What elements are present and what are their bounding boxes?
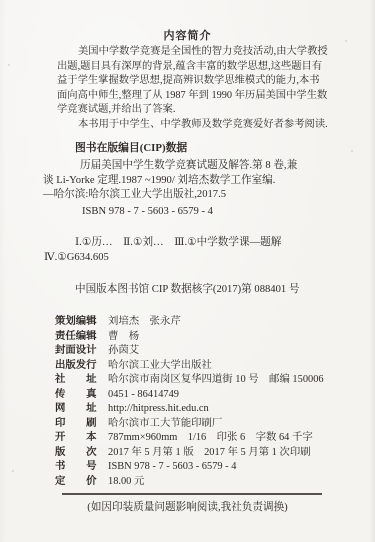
scan-noise-dot (8, 64, 10, 66)
cip-entry-line: —哈尔滨:哈尔滨工业大学出版社,2017.5 (43, 188, 343, 203)
classification-line: Ⅳ.①G634.605 (44, 251, 344, 266)
colophon-value: 哈尔滨市南岗区复华四道街 10 号 邮编 150006 (108, 373, 324, 388)
colophon-value: 2017 年 5 月第 1 版 2017 年 5 月第 1 次印刷 (108, 446, 311, 461)
colophon-row: 出版发行 哈尔滨工业大学出版社 (55, 359, 355, 374)
colophon-value: 哈尔滨工业大学出版社 (108, 359, 212, 374)
colophon-row: 版 次 2017 年 5 月第 1 版 2017 年 5 月第 1 次印刷 (55, 446, 355, 461)
scan-noise-dot (12, 470, 14, 472)
intro-line: 本书用于中学生、中学教师及数学竞赛爱好者参考阅读. (57, 118, 347, 133)
colophon-label: 定 价 (55, 475, 108, 490)
intro-line: 美国中学数学竞赛是全国性的智力竞技活动,由大学教授 (57, 45, 347, 60)
scan-noise-dot (351, 150, 353, 152)
intro-line: 出题,题目具有深厚的背景,蕴含丰富的数学思想,这些题目有 (57, 60, 347, 75)
colophon-label: 传 真 (55, 388, 108, 403)
cip-heading: 图书在版编目(CIP)数据 (75, 141, 187, 155)
colophon-label: 出版发行 (55, 359, 108, 374)
cip-classification: Ⅰ.①历… Ⅱ.①刘… Ⅲ.①中学数学课—题解 Ⅳ.①G634.605 (44, 236, 344, 265)
intro-paragraph: 美国中学数学竞赛是全国性的智力竞技活动,由大学教授 出题,题目具有深厚的背景,蕴… (57, 45, 347, 132)
colophon-row: 印 刷 哈尔滨市工大节能印刷厂 (55, 417, 355, 432)
intro-line: 面向高中师生,整理了从 1987 年到 1990 年历届美国中学生数 (57, 89, 347, 104)
colophon-label: 网 址 (55, 402, 108, 417)
intro-line: 学竞赛试题,并给出了答案. (57, 103, 347, 118)
book-copyright-page: 内容简介 美国中学数学竞赛是全国性的智力竞技活动,由大学教授 出题,题目具有深厚… (0, 0, 375, 542)
colophon-block: 策划编辑 刘培杰 张永芹 责任编辑 曹 杨 封面设计 孙茵艾 出版发行 哈尔滨工… (55, 315, 355, 490)
colophon-row: 开 本 787mm×960mm 1/16 印张 6 字数 64 千字 (55, 431, 355, 446)
colophon-value: 刘培杰 张永芹 (108, 315, 181, 330)
colophon-value: 曹 杨 (108, 330, 139, 345)
colophon-value: 哈尔滨市工大节能印刷厂 (108, 417, 222, 432)
cip-entry-line: 历届美国中学生数学竞赛试题及解答.第 8 卷,兼 (43, 159, 343, 174)
colophon-row: 定 价 18.00 元 (55, 475, 355, 490)
colophon-row: 网 址 http://hitpress.hit.edu.cn (55, 402, 355, 417)
colophon-row: 传 真 0451 - 86414749 (55, 388, 355, 403)
cip-registry-line: 中国版本图书馆 CIP 数据核字(2017)第 088401 号 (75, 283, 299, 297)
colophon-label: 书 号 (55, 460, 108, 475)
colophon-label: 责任编辑 (55, 330, 108, 345)
cip-entry-line: 谈 Li-Yorke 定理.1987 ~1990/ 刘培杰数学工作室编. (43, 174, 343, 189)
colophon-label: 版 次 (55, 446, 108, 461)
divider-rule (62, 493, 322, 495)
colophon-row: 封面设计 孙茵艾 (55, 344, 355, 359)
colophon-value: 孙茵艾 (108, 344, 139, 359)
colophon-label: 策划编辑 (55, 315, 108, 330)
colophon-row: 书 号 ISBN 978 - 7 - 5603 - 6579 - 4 (55, 460, 355, 475)
colophon-value: 787mm×960mm 1/16 印张 6 字数 64 千字 (108, 431, 313, 446)
colophon-label: 开 本 (55, 431, 108, 446)
colophon-label: 印 刷 (55, 417, 108, 432)
colophon-row: 社 址 哈尔滨市南岗区复华四道街 10 号 邮编 150006 (55, 373, 355, 388)
colophon-value: http://hitpress.hit.edu.cn (108, 402, 209, 417)
colophon-row: 责任编辑 曹 杨 (55, 330, 355, 345)
intro-line: 益于学生掌握数学思想,提高辨识数学思维模式的能力,本书 (57, 74, 347, 89)
cip-entry: 历届美国中学生数学竞赛试题及解答.第 8 卷,兼 谈 Li-Yorke 定理.1… (43, 159, 343, 203)
colophon-value: 18.00 元 (108, 475, 144, 490)
colophon-value: 0451 - 86414749 (108, 388, 179, 403)
colophon-label: 社 址 (55, 373, 108, 388)
intro-title: 内容简介 (0, 29, 375, 43)
colophon-value: ISBN 978 - 7 - 5603 - 6579 - 4 (108, 460, 236, 475)
colophon-row: 策划编辑 刘培杰 张永芹 (55, 315, 355, 330)
isbn-line: ISBN 978 - 7 - 5603 - 6579 - 4 (82, 205, 213, 219)
colophon-label: 封面设计 (55, 344, 108, 359)
classification-line: Ⅰ.①历… Ⅱ.①刘… Ⅲ.①中学数学课—题解 (44, 236, 344, 251)
footer-note: (如因印装质量问题影响阅读,我社负责调换) (0, 501, 375, 515)
